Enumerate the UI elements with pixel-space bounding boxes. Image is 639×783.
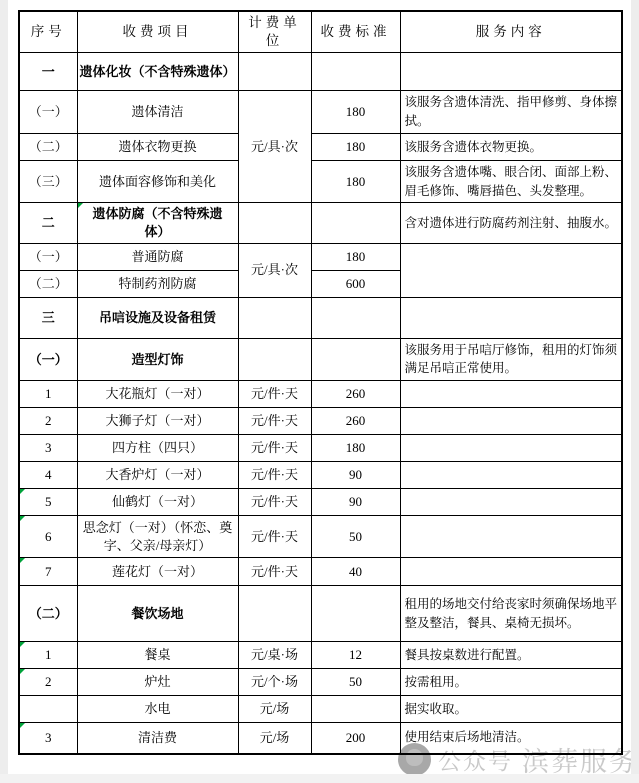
cell-service: [400, 381, 622, 408]
cell-price: 90: [311, 489, 400, 516]
cell-unit: 元/具·次: [238, 91, 311, 203]
cell-price: 50: [311, 669, 400, 696]
cell-item: 四方柱（四只）: [77, 435, 238, 462]
page-right-margin: [631, 0, 639, 783]
cell-no: [19, 696, 77, 723]
table-row: 3 清洁费 元/场 200 使用结束后场地清洁。: [19, 723, 622, 754]
table-row: 1 餐桌 元/桌·场 12 餐具按桌数进行配置。: [19, 642, 622, 669]
cell-no: （三）: [19, 160, 77, 203]
cell-unit: [238, 586, 311, 642]
cell-item: 炉灶: [77, 669, 238, 696]
cell-service: 该服务用于吊唁厅修饰，租用的灯饰须满足吊唁正常使用。: [400, 338, 622, 381]
cell-unit: 元/件·天: [238, 381, 311, 408]
cell-unit: 元/具·次: [238, 243, 311, 297]
cell-unit: 元/件·天: [238, 558, 311, 586]
cell-item: 思念灯（一对）（怀恋、奠字、父亲/母亲灯）: [77, 516, 238, 558]
excel-green-triangle: [20, 558, 25, 563]
cell-no: 二: [19, 203, 77, 243]
cell-service: 据实收取。: [400, 696, 622, 723]
cell-service: 该服务含遗体衣物更换。: [400, 133, 622, 160]
cell-unit: 元/桌·场: [238, 642, 311, 669]
cell-unit: 元/场: [238, 696, 311, 723]
cell-no: 2: [19, 669, 77, 696]
cell-unit: 元/件·天: [238, 408, 311, 435]
cell-item: 水电: [77, 696, 238, 723]
cell-no: 1: [19, 642, 77, 669]
cell-price: 600: [311, 270, 400, 297]
cell-price: 180: [311, 133, 400, 160]
cell-price: 180: [311, 160, 400, 203]
cell-service: 该服务含遗体清洗、指甲修剪、身体擦拭。: [400, 91, 622, 134]
cell-unit: 元/场: [238, 723, 311, 754]
col-header-price: 收费标准: [311, 11, 400, 53]
table-row: （一） 遗体清洁 元/具·次 180 该服务含遗体清洗、指甲修剪、身体擦拭。: [19, 91, 622, 134]
cell-item: 大香炉灯（一对）: [77, 462, 238, 489]
cell-service: [400, 53, 622, 91]
cell-service: 租用的场地交付给丧家时须确保场地平整及整洁，餐具、桌椅无损坏。: [400, 586, 622, 642]
cell-price: [311, 297, 400, 338]
cell-no: 三: [19, 297, 77, 338]
cell-unit: 元/件·天: [238, 489, 311, 516]
excel-green-triangle: [20, 723, 25, 728]
table-header-row: 序号 收费项目 计费单位 收费标准 服务内容: [19, 11, 622, 53]
cell-price: 260: [311, 408, 400, 435]
cell-service: 按需租用。: [400, 669, 622, 696]
cell-price: 40: [311, 558, 400, 586]
table-row: （二） 遗体衣物更换 180 该服务含遗体衣物更换。: [19, 133, 622, 160]
cell-item: 清洁费: [77, 723, 238, 754]
cell-unit: 元/件·天: [238, 462, 311, 489]
cell-no-text: 2: [45, 674, 52, 689]
cell-no: 3: [19, 723, 77, 754]
cell-no: 6: [19, 516, 77, 558]
cell-service: [400, 462, 622, 489]
cell-unit: [238, 297, 311, 338]
cell-item: 莲花灯（一对）: [77, 558, 238, 586]
cell-item: 遗体防腐（不含特殊遗体）: [77, 203, 238, 243]
excel-green-triangle: [78, 203, 83, 208]
cell-no: （一）: [19, 338, 77, 381]
cell-unit: [238, 203, 311, 243]
cell-service: [400, 489, 622, 516]
table-row: 三 吊唁设施及设备租赁: [19, 297, 622, 338]
table-row: 7 莲花灯（一对） 元/件·天 40: [19, 558, 622, 586]
cell-no-text: 7: [45, 564, 52, 579]
cell-item: 餐饮场地: [77, 586, 238, 642]
cell-item: 吊唁设施及设备租赁: [77, 297, 238, 338]
cell-no: （二）: [19, 133, 77, 160]
fee-schedule-table: 序号 收费项目 计费单位 收费标准 服务内容 一 遗体化妆（不含特殊遗体） （一…: [18, 10, 623, 755]
cell-no: 2: [19, 408, 77, 435]
cell-price: [311, 53, 400, 91]
cell-price: 180: [311, 243, 400, 270]
cell-no: （二）: [19, 586, 77, 642]
cell-price: [311, 338, 400, 381]
cell-no: 一: [19, 53, 77, 91]
cell-service: 餐具按桌数进行配置。: [400, 642, 622, 669]
table-row: 一 遗体化妆（不含特殊遗体）: [19, 53, 622, 91]
cell-unit: 元/个·场: [238, 669, 311, 696]
cell-item: 普通防腐: [77, 243, 238, 270]
table-row: （一） 普通防腐 元/具·次 180: [19, 243, 622, 270]
cell-price: 50: [311, 516, 400, 558]
cell-service: [400, 297, 622, 338]
cell-unit: 元/件·天: [238, 516, 311, 558]
excel-green-triangle: [20, 642, 25, 647]
cell-item: 特制药剂防腐: [77, 270, 238, 297]
cell-no: （一）: [19, 91, 77, 134]
cell-item: 仙鹤灯（一对）: [77, 489, 238, 516]
cell-item: 遗体化妆（不含特殊遗体）: [77, 53, 238, 91]
cell-no: 3: [19, 435, 77, 462]
table-row: 水电 元/场 据实收取。: [19, 696, 622, 723]
page-bottom-margin: [0, 774, 639, 783]
cell-price: [311, 586, 400, 642]
excel-green-triangle: [20, 489, 25, 494]
cell-unit: [238, 338, 311, 381]
cell-price: 260: [311, 381, 400, 408]
cell-unit: 元/件·天: [238, 435, 311, 462]
cell-item: 大狮子灯（一对）: [77, 408, 238, 435]
cell-service: 使用结束后场地清洁。: [400, 723, 622, 754]
cell-no-text: 6: [45, 529, 52, 544]
cell-price: [311, 203, 400, 243]
cell-item: 遗体清洁: [77, 91, 238, 134]
page-left-margin: [0, 0, 8, 783]
cell-price: 180: [311, 435, 400, 462]
cell-service: 含对遗体进行防腐药剂注射、抽腹水。: [400, 203, 622, 243]
cell-service: [400, 408, 622, 435]
table-row: 5 仙鹤灯（一对） 元/件·天 90: [19, 489, 622, 516]
cell-item: 遗体面容修饰和美化: [77, 160, 238, 203]
excel-green-triangle: [20, 669, 25, 674]
col-header-no: 序号: [19, 11, 77, 53]
cell-no-text: 1: [45, 647, 52, 662]
cell-no: （二）: [19, 270, 77, 297]
col-header-unit: 计费单位: [238, 11, 311, 53]
cell-price: 12: [311, 642, 400, 669]
table-row: 1 大花瓶灯（一对） 元/件·天 260: [19, 381, 622, 408]
cell-service: [400, 243, 622, 297]
cell-no: 1: [19, 381, 77, 408]
cell-unit: [238, 53, 311, 91]
cell-price: [311, 696, 400, 723]
cell-price: 200: [311, 723, 400, 754]
table-row: （二） 餐饮场地 租用的场地交付给丧家时须确保场地平整及整洁，餐具、桌椅无损坏。: [19, 586, 622, 642]
cell-service: [400, 435, 622, 462]
cell-item: 餐桌: [77, 642, 238, 669]
cell-no: 5: [19, 489, 77, 516]
col-header-service: 服务内容: [400, 11, 622, 53]
cell-service: 该服务含遗体嘴、眼合闭、面部上粉、眉毛修饰、嘴唇描色、头发整理。: [400, 160, 622, 203]
table-row: 2 大狮子灯（一对） 元/件·天 260: [19, 408, 622, 435]
table-row: 6 思念灯（一对）（怀恋、奠字、父亲/母亲灯） 元/件·天 50: [19, 516, 622, 558]
table-row: 4 大香炉灯（一对） 元/件·天 90: [19, 462, 622, 489]
cell-item: 遗体衣物更换: [77, 133, 238, 160]
cell-no: （一）: [19, 243, 77, 270]
cell-price: 90: [311, 462, 400, 489]
cell-service: [400, 558, 622, 586]
cell-item: 大花瓶灯（一对）: [77, 381, 238, 408]
cell-no: 7: [19, 558, 77, 586]
table-row: 2 炉灶 元/个·场 50 按需租用。: [19, 669, 622, 696]
table-row: （三） 遗体面容修饰和美化 180 该服务含遗体嘴、眼合闭、面部上粉、眉毛修饰、…: [19, 160, 622, 203]
col-header-item: 收费项目: [77, 11, 238, 53]
table-row: 二 遗体防腐（不含特殊遗体） 含对遗体进行防腐药剂注射、抽腹水。: [19, 203, 622, 243]
cell-service: [400, 516, 622, 558]
table-row: 3 四方柱（四只） 元/件·天 180: [19, 435, 622, 462]
cell-item-text: 遗体防腐（不含特殊遗体）: [92, 206, 222, 239]
cell-price: 180: [311, 91, 400, 134]
table-row: （一） 造型灯饰 该服务用于吊唁厅修饰，租用的灯饰须满足吊唁正常使用。: [19, 338, 622, 381]
cell-no-text: 3: [45, 730, 52, 745]
cell-no-text: 5: [45, 494, 52, 509]
cell-item: 造型灯饰: [77, 338, 238, 381]
cell-no: 4: [19, 462, 77, 489]
excel-green-triangle: [20, 516, 25, 521]
